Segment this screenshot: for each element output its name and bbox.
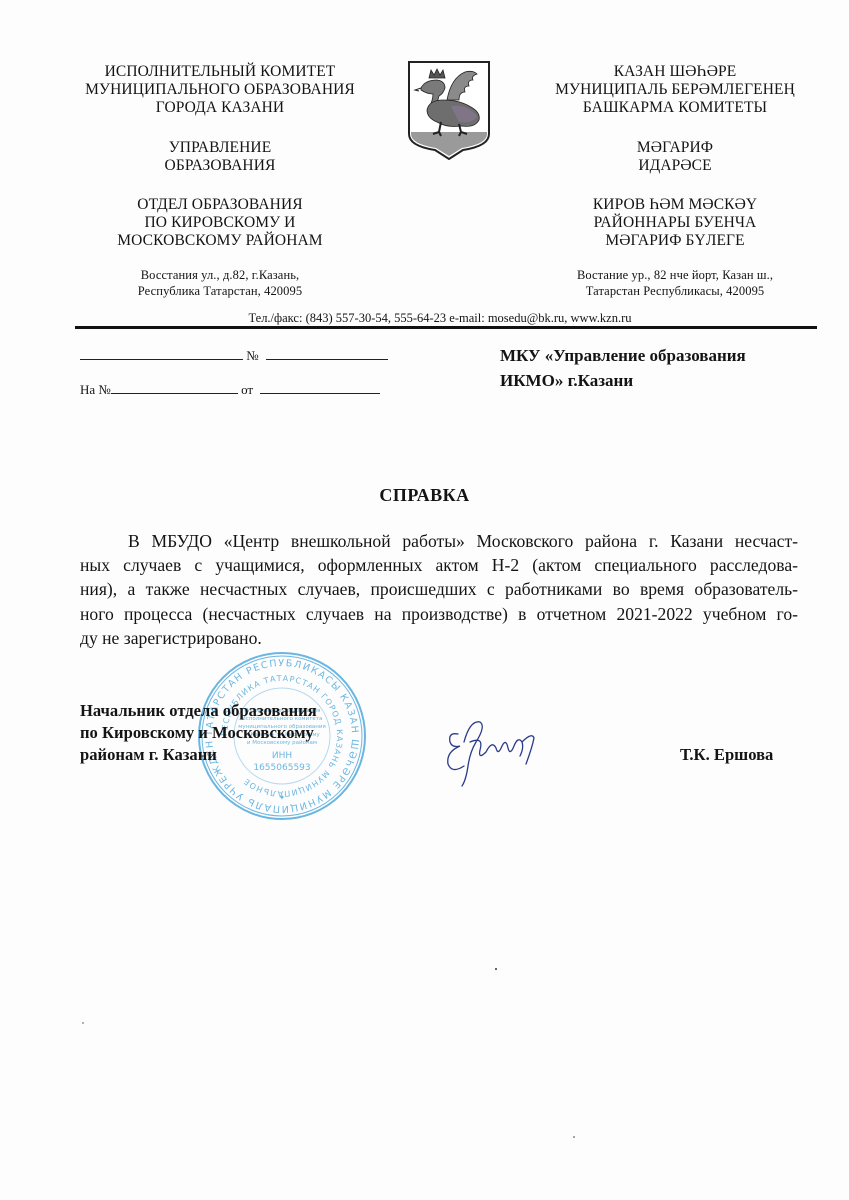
body-line: ду не зарегистрировано. xyxy=(80,626,798,650)
org-name-line: КАЗАН ШӘҺӘРЕ xyxy=(535,63,815,81)
org-name-line: ГОРОДА КАЗАНИ xyxy=(60,99,380,117)
document-title: СПРАВКА xyxy=(0,485,849,506)
position-line: по Кировскому и Московскому xyxy=(80,722,317,744)
number-label: № xyxy=(246,348,258,363)
division-name-line: ПО КИРОВСКОМУ И xyxy=(60,214,380,232)
division-name-line: МОСКОВСКОМУ РАЙОНАМ xyxy=(60,232,380,250)
body-line: ного процесса (несчастных случаев на про… xyxy=(80,602,798,626)
address-line: Республика Татарстан, 420095 xyxy=(60,283,380,299)
handwritten-signature-icon xyxy=(440,712,550,787)
division-name-line: МӘГАРИФ БҮЛЕГЕ xyxy=(535,232,815,250)
address-line: Восстания ул., д.82, г.Казань, xyxy=(60,267,380,283)
org-name-line: ИСПОЛНИТЕЛЬНЫЙ КОМИТЕТ xyxy=(60,63,380,81)
addressee-line: МКУ «Управление образования xyxy=(500,343,746,368)
address-line: Востание ур., 82 нче йорт, Казан ш., xyxy=(535,267,815,283)
date-blank xyxy=(80,347,243,360)
letterhead-left: ИСПОЛНИТЕЛЬНЫЙ КОМИТЕТ МУНИЦИПАЛЬНОГО ОБ… xyxy=(60,63,380,299)
position-line: районам г. Казани xyxy=(80,744,317,766)
reply-number-blank xyxy=(111,381,238,394)
outgoing-number-field: № xyxy=(80,347,388,364)
kazan-coat-of-arms-icon xyxy=(407,60,491,160)
document-body: В МБУДО «Центр внешкольной работы» Моско… xyxy=(80,529,798,650)
address-line: Татарстан Республикасы, 420095 xyxy=(535,283,815,299)
body-line: ния), а также несчастных случаев, происш… xyxy=(80,577,798,601)
addressee-line: ИКМО» г.Казани xyxy=(500,368,746,393)
org-name-line: МУНИЦИПАЛЬНОГО ОБРАЗОВАНИЯ xyxy=(60,81,380,99)
dept-name-line: УПРАВЛЕНИЕ xyxy=(60,139,380,157)
contact-info: Тел./факс: (843) 557-30-54, 555-64-23 e-… xyxy=(60,311,820,326)
body-line: В МБУДО «Центр внешкольной работы» Моско… xyxy=(80,529,798,553)
reply-date-label: от xyxy=(241,382,253,397)
svg-text:✦: ✦ xyxy=(279,793,286,802)
division-name-line: РАЙОННАРЫ БУЕНЧА xyxy=(535,214,815,232)
dept-name-line: ИДАРӘСЕ xyxy=(535,157,815,175)
position-line: Начальник отдела образования xyxy=(80,700,317,722)
org-name-line: БАШКАРМА КОМИТЕТЫ xyxy=(535,99,815,117)
number-blank xyxy=(266,347,388,360)
body-line: ных случаев с учащимися, оформленных акт… xyxy=(80,553,798,577)
letterhead-right: КАЗАН ШӘҺӘРЕ МУНИЦИПАЛЬ БЕРӘМЛЕГЕНЕҢ БАШ… xyxy=(535,63,815,299)
dept-name-line: ОБРАЗОВАНИЯ xyxy=(60,157,380,175)
header-divider xyxy=(75,326,817,329)
signatory-name: Т.К. Ершова xyxy=(680,745,773,765)
signatory-position: Начальник отдела образования по Кировско… xyxy=(80,700,317,766)
dept-name-line: МӘГАРИФ xyxy=(535,139,815,157)
scan-speck xyxy=(495,968,497,970)
reply-to-field: На № от xyxy=(80,381,380,398)
scan-speck xyxy=(82,1022,84,1024)
scan-speck xyxy=(573,1136,575,1138)
division-name-line: КИРОВ ҺӘМ МӘСКӘҮ xyxy=(535,196,815,214)
addressee: МКУ «Управление образования ИКМО» г.Каза… xyxy=(500,343,746,393)
reply-number-label: На № xyxy=(80,382,111,397)
reply-date-blank xyxy=(260,381,380,394)
division-name-line: ОТДЕЛ ОБРАЗОВАНИЯ xyxy=(60,196,380,214)
org-name-line: МУНИЦИПАЛЬ БЕРӘМЛЕГЕНЕҢ xyxy=(535,81,815,99)
